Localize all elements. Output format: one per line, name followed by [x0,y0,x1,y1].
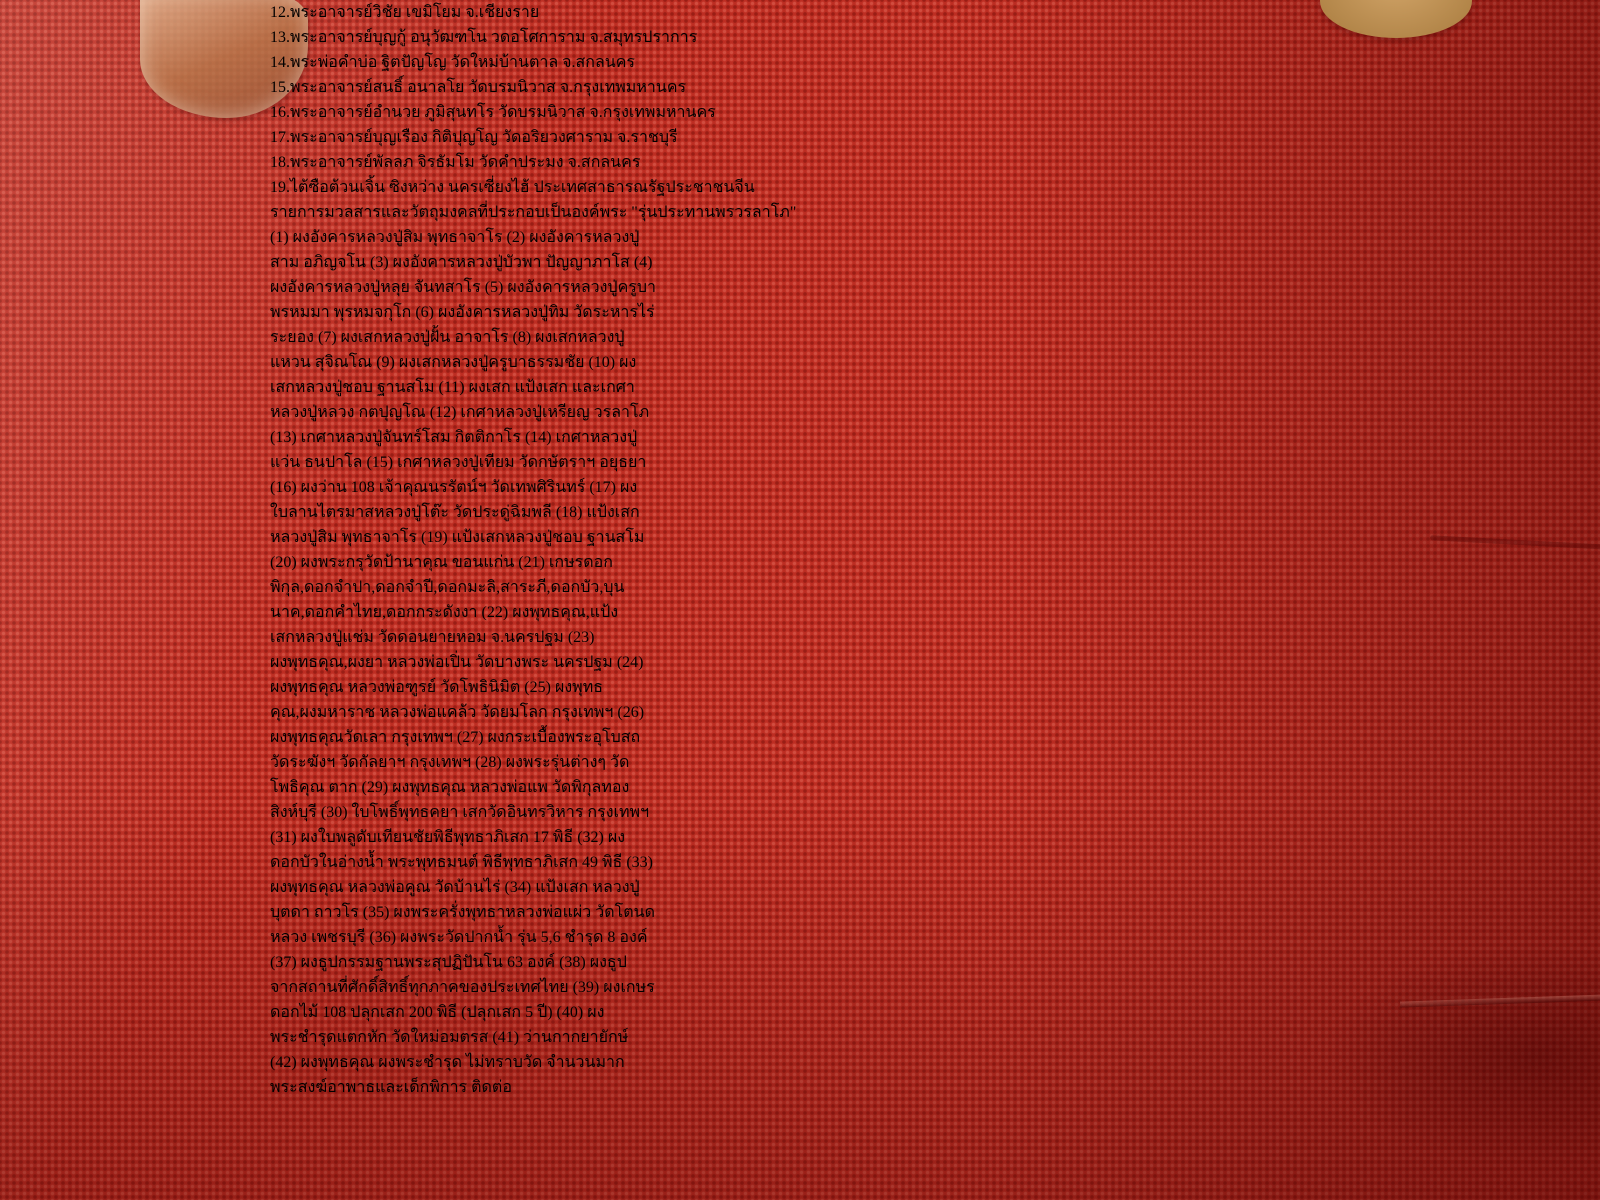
list-item-text: พระอาจารย์สนธิ์ อนาลโย วัดบรมนิวาส จ.กรุ… [290,79,686,96]
list-item: 16.พระอาจารย์อำนวย ภูมิสุนทโร วัดบรมนิวา… [270,100,1410,125]
text-line: (1) ผงอังคารหลวงปู่สิม พุทธาจาโร (2) ผงอ… [270,225,1410,250]
text-line: ผงพุทธคุณ หลวงพ่อฑูรย์ วัดโพธินิมิต (25)… [270,675,1410,700]
text-line: พิกุล,ดอกจำปา,ดอกจำปี,ดอกมะลิ,สาระภี,ดอก… [270,575,1410,600]
photo-scene: 12.พระอาจารย์วิชัย เขมิโยม จ.เชียงราย13.… [0,0,1600,1200]
list-item-number: 18. [270,154,290,171]
list-item-number: 16. [270,104,290,121]
paper-sheet: 12.พระอาจารย์วิชัย เขมิโยม จ.เชียงราย13.… [270,0,1410,1200]
text-line: เสกหลวงปู่แช่ม วัดดอนยายหอม จ.นครปฐม (23… [270,625,1410,650]
footer-note-text: พระสงฆ์อาพาธและเด็กพิการ ติดต่อ [270,1079,512,1096]
section-heading: รายการมวลสารและวัตถุมงคลที่ประกอบเป็นองค… [270,200,1410,225]
text-line: วัดระฆังฯ วัดกัลยาฯ กรุงเทพฯ (28) ผงพระร… [270,750,1410,775]
list-item-text: ไต้ซือต้วนเจิ้น ซิงหว่าง นครเซี่ยงไฮ้ ปร… [290,179,755,196]
text-line: พรหมมา พุรหมจกุโก (6) ผงอังคารหลวงปู่ทิม… [270,300,1410,325]
text-line: (42) ผงพุทธคุณ ผงพระชำรุด ไม่ทราบวัด จำน… [270,1050,1410,1075]
text-line: หลวงปู่สิม พุทธาจาโร (19) แป้งเสกหลวงปู่… [270,525,1410,550]
text-line: นาค,ดอกคำไทย,ดอกกระดังงา (22) ผงพุทธคุณ,… [270,600,1410,625]
text-line: ดอกบัวในอ่างน้ำ พระพุทธมนต์ พิธีพุทธาภิเ… [270,850,1410,875]
text-line: ผงพุทธคุณ,ผงยา หลวงพ่อเปิ่น วัดบางพระ นค… [270,650,1410,675]
text-line: สาม อภิญจโน (3) ผงอังคารหลวงปู่บัวพา ปัญ… [270,250,1410,275]
text-line: โพธิคุณ ตาก (29) ผงพุทธคุณ หลวงพ่อแพ วัด… [270,775,1410,800]
list-item: 19.ไต้ซือต้วนเจิ้น ซิงหว่าง นครเซี่ยงไฮ้… [270,175,1410,200]
left-text-column: (1) ผงอังคารหลวงปู่สิม พุทธาจาโร (2) ผงอ… [270,225,1410,650]
text-line: ใบลานไตรมาสหลวงปู่โต๊ะ วัดประดู่ฉิมพลี (… [270,500,1410,525]
list-item-number: 13. [270,29,290,46]
text-line: หลวงปู่หลวง กตปุญโณ (12) เกศาหลวงปู่เหรี… [270,400,1410,425]
list-item-text-after-stain: ม จ.เชียงราย [451,4,539,21]
text-line: (16) ผงว่าน 108 เจ้าคุณนรรัตน์ฯ วัดเทพศิ… [270,475,1410,500]
text-line: เสกหลวงปู่ชอบ ฐานสโม (11) ผงเสก แป้งเสก … [270,375,1410,400]
text-line: ดอกไม้ 108 ปลุกเสก 200 พิธี (ปลุกเสก 5 ป… [270,1000,1410,1025]
list-item: 13.พระอาจารย์บุญกู้ อนุวัฒฑโน วดอโศการาม… [270,25,1410,50]
text-line: บุตดา ถาวโร (35) ผงพระครั่งพุทธาหลวงพ่อแ… [270,900,1410,925]
list-item-text: พระพ่อคำบ่อ ฐิตปัญโญ วัดใหม่บ้านตาล จ.สก… [290,54,635,71]
text-line: ผงพุทธคุณ หลวงพ่อคูณ วัดบ้านไร่ (34) แป้… [270,875,1410,900]
list-item-number: 19. [270,179,290,196]
text-line: คุณ,ผงมหาราช หลวงพ่อแคล้ว วัดยมโลก กรุงเ… [270,700,1410,725]
list-item: 14.พระพ่อคำบ่อ ฐิตปัญโญ วัดใหม่บ้านตาล จ… [270,50,1410,75]
text-line: จากสถานที่ศักดิ์สิทธิ์ทุกภาคของประเทศไทย… [270,975,1410,1000]
list-item-text: พระอาจารย์พัลลภ จิรธัมโม วัดคำประมง จ.สก… [290,154,640,171]
text-line: (31) ผงใบพลูดับเทียนชัยพิธีพุทธาภิเสก 17… [270,825,1410,850]
list-item-number: 15. [270,79,290,96]
text-line: (37) ผงธูปกรรมฐานพระสุปฏิปันโน 63 องค์ (… [270,950,1410,975]
text-line: แหวน สุจิณโณ (9) ผงเสกหลวงปู่ครูบาธรรมชั… [270,350,1410,375]
list-item-text: พระอาจารย์วิชัย เขมิโย [290,4,451,21]
list-item: 18.พระอาจารย์พัลลภ จิรธัมโม วัดคำประมง จ… [270,150,1410,175]
list-item-number: 17. [270,129,290,146]
list-item: 15.พระอาจารย์สนธิ์ อนาลโย วัดบรมนิวาส จ.… [270,75,1410,100]
text-line: พระชำรุดแตกหัก วัดใหม่อมตรส (41) ว่านกาก… [270,1025,1410,1050]
list-item-number: 14. [270,54,290,71]
text-line: หลวง เพชรบุรี (36) ผงพระวัดปากน้ำ รุ่น 5… [270,925,1410,950]
list-item-text: พระอาจารย์บุญกู้ อนุวัฒฑโน วดอโศการาม จ.… [290,29,697,46]
right-text-column: ผงพุทธคุณ,ผงยา หลวงพ่อเปิ่น วัดบางพระ นค… [270,650,1410,1075]
list-item: 17.พระอาจารย์บุญเรือง กิติปุญโญ วัดอริยว… [270,125,1410,150]
text-line: ระยอง (7) ผงเสกหลวงปู่ฝั้น อาจาโร (8) ผง… [270,325,1410,350]
text-line: ผงอังคารหลวงปู่หลุย จันทสาโร (5) ผงอังคา… [270,275,1410,300]
text-line: (13) เกศาหลวงปู่จันทร์โสม กิตติกาโร (14)… [270,425,1410,450]
list-item-text: พระอาจารย์อำนวย ภูมิสุนทโร วัดบรมนิวาส จ… [290,104,716,121]
text-line: สิงห์บุรี (30) ใบโพธิ์พุทธคยา เสกวัดอินท… [270,800,1410,825]
two-column-text: (1) ผงอังคารหลวงปู่สิม พุทธาจาโร (2) ผงอ… [270,225,1410,1075]
footer-box: พระสงฆ์อาพาธและเด็กพิการ ติดต่อ [270,1075,1410,1100]
text-line: ผงพุทธคุณวัดเลา กรุงเทพฯ (27) ผงกระเบื้อ… [270,725,1410,750]
list-item: 12.พระอาจารย์วิชัย เขมิโยม จ.เชียงราย [270,0,1410,25]
list-item-number: 12. [270,4,290,21]
list-item-text: พระอาจารย์บุญเรือง กิติปุญโญ วัดอริยวงศา… [290,129,678,146]
numbered-list: 12.พระอาจารย์วิชัย เขมิโยม จ.เชียงราย13.… [270,0,1410,200]
text-line: แว่น ธนปาโล (15) เกศาหลวงปู่เทียม วัดกษั… [270,450,1410,475]
text-line: (20) ผงพระกรุวัดป้านาคุณ ขอนแก่น (21) เก… [270,550,1410,575]
